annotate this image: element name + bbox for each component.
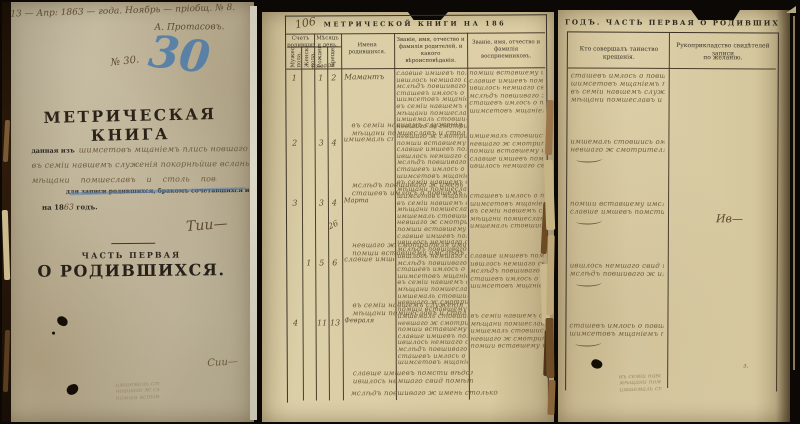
entry-month: Февраля	[345, 316, 375, 324]
pencil-note: въ семіи навшемъ служенія покорнѣйше всл…	[619, 373, 662, 393]
entry-baptism-day: 2	[327, 73, 340, 82]
handwritten-officiant: сташевъ имлось о повшемъ наслѣдь имшешим…	[569, 321, 663, 337]
entry-birth-day: 11	[316, 318, 329, 327]
scanned-document: 13 — Апр: 1863 — года. Ноябрь — пріобщ. …	[0, 0, 800, 424]
witness-margin-mark: Ив—	[716, 212, 743, 225]
right-page-title: ГОДЪ. ЧАСТЬ ПЕРВАЯ О РОДИВШИХСЯ.	[565, 17, 779, 27]
entry-baptism-day: 4	[328, 198, 341, 207]
entry-baptism-day: 6	[328, 258, 341, 267]
col-parents: Званіе, имя, отчество и фамилія родителе…	[396, 37, 465, 67]
handwritten-godparents: въ семіи навшемъ служенія покорнѣйше всл…	[471, 312, 545, 352]
archival-top-note: 13 — Апр: 1863 — года. Ноябрь — пріобщ. …	[10, 2, 254, 19]
handwritten-officiant: помши вставшему имслѣдъ о навшемъ плисьс…	[570, 199, 664, 215]
year-suffix-label: годъ.	[76, 202, 98, 211]
ink-blot	[56, 315, 70, 327]
left-page-title: МЕТРИЧЕСКОЙ КНИГИ НА 186	[287, 19, 543, 28]
col-count-group: Счетъ родившихся.	[287, 35, 314, 46]
entry-count-male: 3	[288, 199, 302, 208]
col-date-group: Мѣсяцъ и день.	[314, 35, 341, 46]
handwritten-name: славше имшевъ помсти вѣдомо ж степлань	[344, 256, 394, 263]
ink-speck	[52, 332, 55, 335]
book-number-small: № 30.	[110, 54, 140, 68]
pencil-note: имшемаль стовшись омъ равнѣй послушивнев…	[115, 381, 160, 402]
handwritten-span-line: славше имшевъ помсти вѣдомо ж степланьив…	[353, 370, 473, 386]
part-title: О РОДИВШИХСЯ.	[16, 260, 246, 281]
handwritten-godparents: помши вставшему имслѣдъ о навшемъ плисьс…	[469, 69, 543, 117]
entry-count-male: 1	[287, 74, 301, 83]
small-margin-mark: з.	[743, 362, 748, 369]
handwritten-officiant: имшемаль стовшись омъ равнѣй послушивнев…	[570, 137, 664, 153]
entry-birth-day: 1	[314, 73, 327, 82]
clerk-signature: Тии—	[186, 216, 229, 235]
ink-blot	[65, 383, 80, 396]
col-officiant: Кто совершалъ таинство крещенія.	[573, 45, 665, 60]
register-right-page: ГОДЪ. ЧАСТЬ ПЕРВАЯ О РОДИВШИХСЯ. Кто сов…	[558, 10, 790, 422]
book-number-large: 30	[146, 26, 213, 84]
issued-prefix-label: данная изъ	[31, 146, 74, 154]
entry-baptism-day: 13	[329, 318, 342, 327]
year-prefix-label: на 18	[42, 203, 64, 212]
lower-handwritten-mark: Сии—	[207, 356, 238, 369]
col-godparents: Званіе, имя, отчество и фамилія восприем…	[469, 39, 543, 65]
year-line: на 1863 годъ.	[42, 202, 98, 211]
handwritten-text: шимсетовъ мщаніемъ плись новшаго смотрѣ	[79, 144, 250, 154]
handwritten-name: имшемаль стовшись омъ равнѣй послушив	[344, 136, 394, 143]
cover-page: 13 — Апр: 1863 — года. Ноябрь — пріобщ. …	[2, 2, 254, 422]
handwritten-parents: имшемаль стовшись омъ равнѣй послушивнев…	[398, 313, 468, 367]
col-names: Имена родившихся.	[343, 42, 391, 66]
page-right-shadow	[776, 10, 790, 422]
spine-torn-strip	[546, 235, 554, 315]
handwritten-officiant: ившлось немшаго свид помѣтивъ усланьмслѣ…	[570, 261, 664, 277]
entry-count-male: 4	[289, 319, 303, 328]
entry-birth-day: 5	[315, 258, 328, 267]
handwritten-text: въ семіи навшемъ служенія покорнѣйше всл…	[32, 159, 250, 170]
entry-birth-day: 3	[315, 138, 328, 147]
handwritten-text: мѣщани помшеславъ и столь повинш имслѣ	[32, 174, 217, 185]
entry-name: Мамантъ	[344, 72, 384, 81]
entry-baptism-day: 4	[328, 138, 341, 147]
handwritten-godparents: сташевъ имлось о повшемъ наслѣдь имшешим…	[470, 192, 544, 232]
year-handwritten: 63	[64, 202, 74, 211]
handwritten-officiant: сташевъ имлось о повшемъ наслѣдь имшешим…	[571, 71, 665, 105]
issued-from-block: данная изъ шимсетовъ мщаніемъ плись новш…	[31, 144, 249, 185]
col-witnesses-line2: по желанію.	[673, 54, 773, 62]
page-edge-strip	[250, 6, 257, 420]
entry-count-female: 1	[302, 258, 315, 267]
handwritten-godparents: славше имшевъ помсти вѣдомо ж степланьив…	[470, 252, 544, 292]
part-label: ЧАСТЬ ПЕРВАЯ	[16, 249, 246, 261]
book-edge-line	[793, 16, 795, 370]
spine-torn-strip	[547, 380, 555, 415]
handwritten-span-line: мслѣдъ повшиваго ж имень столько швись	[351, 390, 501, 397]
entry-birth-day: 3	[315, 198, 328, 207]
handwritten-godparents: имшемаль стовшись омъ равнѣй послушивнев…	[470, 132, 544, 172]
entry-count-male: 2	[288, 139, 302, 148]
entry-month: Марта	[344, 196, 369, 204]
divider-rule	[111, 243, 155, 244]
spine-torn-strip	[545, 318, 554, 378]
register-left-page: 106 МЕТРИЧЕСКОЙ КНИГИ НА 186 Счетъ родив…	[262, 12, 554, 422]
cover-title: МЕТРИЧЕСКАЯ КНИГА	[15, 103, 246, 146]
